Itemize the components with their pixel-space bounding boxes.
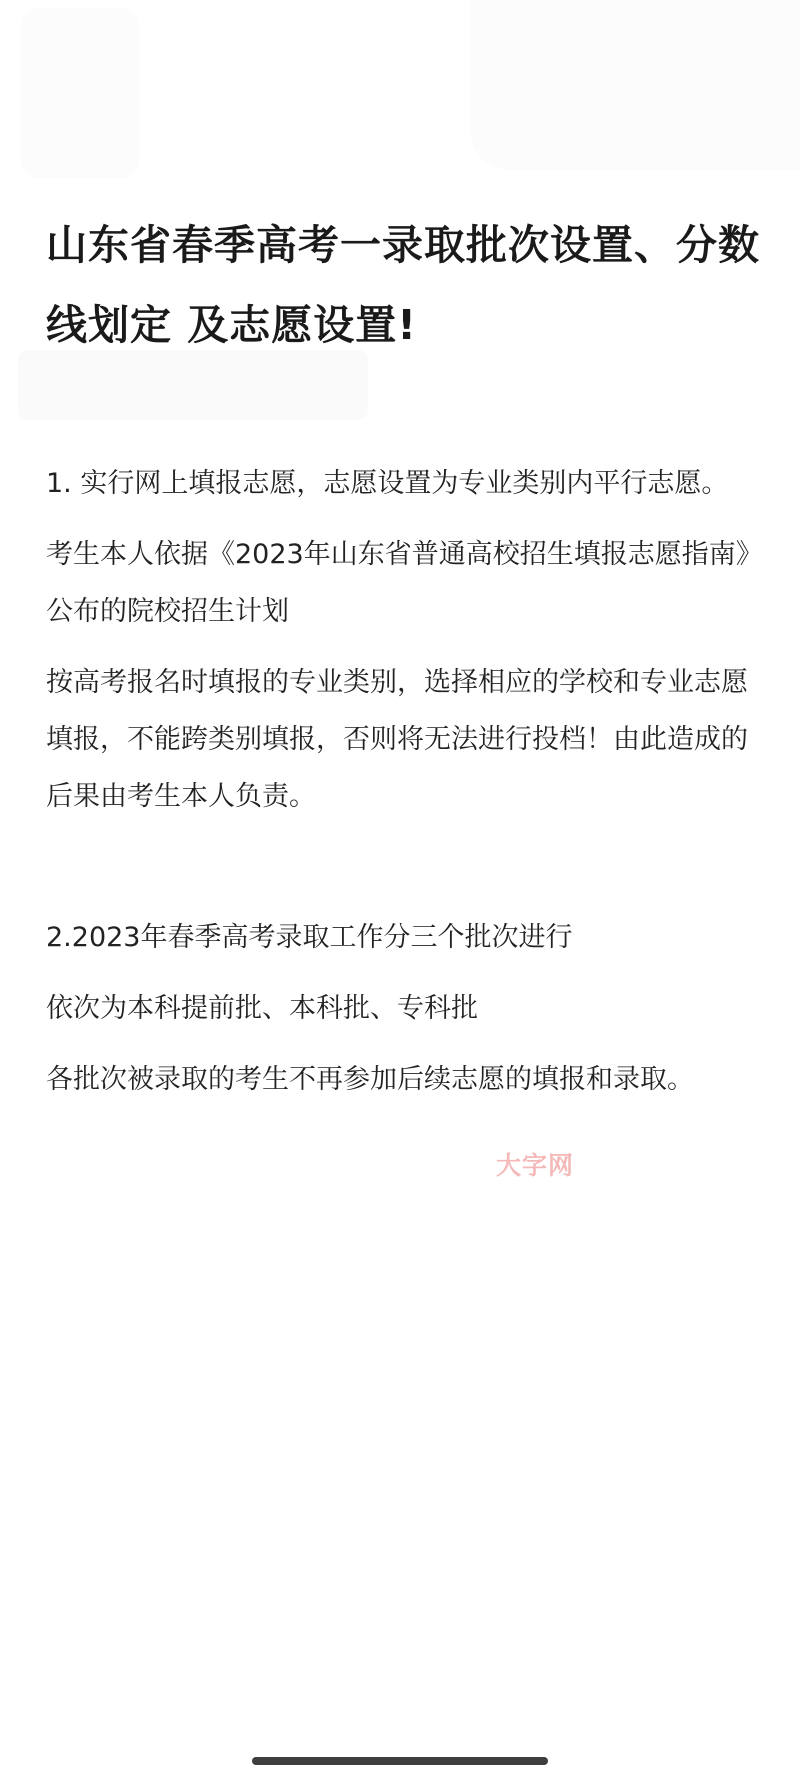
blurred-header-region-right — [470, 0, 800, 170]
watermark: 大字网 — [496, 1146, 574, 1182]
blurred-subtitle-region — [18, 350, 368, 420]
article-body: 1. 实行网上填报志愿，志愿设置为专业类别内平行志愿。 考生本人依据《2023年… — [46, 455, 758, 1122]
paragraph: 1. 实行网上填报志愿，志愿设置为专业类别内平行志愿。 — [46, 455, 758, 512]
paragraph: 依次为本科提前批、本科批、专科批 — [46, 980, 758, 1037]
paragraph: 2.2023年春季高考录取工作分三个批次进行 — [46, 909, 758, 966]
section-1: 1. 实行网上填报志愿，志愿设置为专业类别内平行志愿。 考生本人依据《2023年… — [46, 455, 758, 825]
section-2: 2.2023年春季高考录取工作分三个批次进行 依次为本科提前批、本科批、专科批 … — [46, 909, 758, 1108]
section-spacer — [46, 839, 758, 909]
paragraph: 各批次被录取的考生不再参加后续志愿的填报和录取。 — [46, 1051, 758, 1108]
article-title: 山东省春季高考一录取批次设置、分数线划定 及志愿设置! — [46, 205, 766, 365]
paragraph: 按高考报名时填报的专业类别，选择相应的学校和专业志愿填报，不能跨类别填报，否则将… — [46, 654, 758, 825]
paragraph: 考生本人依据《2023年山东省普通高校招生填报志愿指南》公布的院校招生计划 — [46, 526, 758, 640]
blurred-header-region-left — [20, 8, 140, 178]
home-indicator-bar[interactable] — [252, 1757, 548, 1765]
